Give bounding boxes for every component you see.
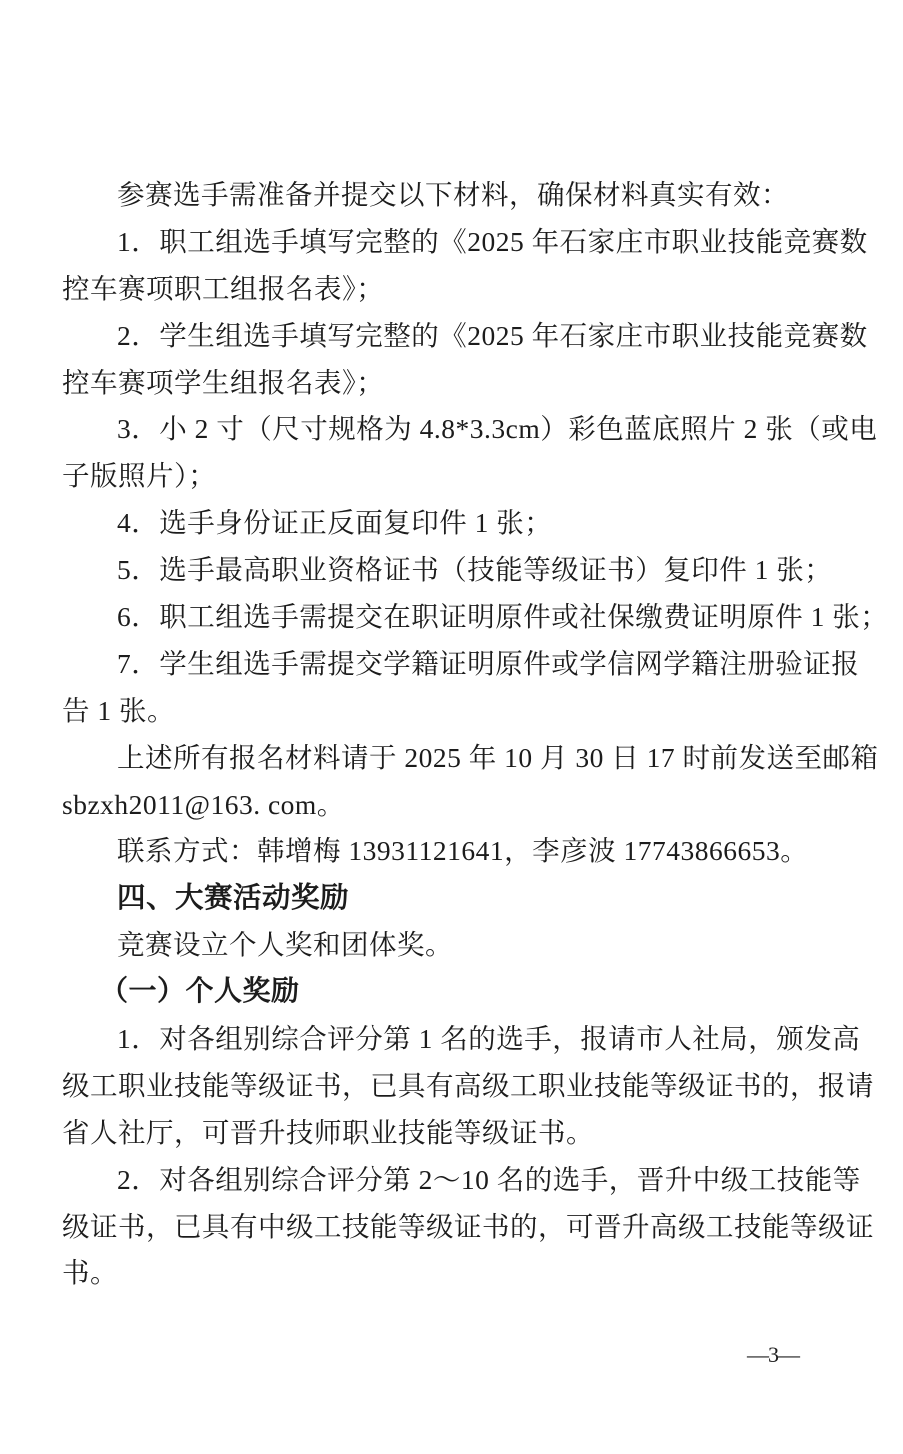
document-page: 参赛选手需准备并提交以下材料，确保材料真实有效： 1．职工组选手填写完整的《20… (0, 0, 903, 1454)
award-item-2-line-2: 级证书，已具有中级工技能等级证书的，可晋升高级工技能等级证 (62, 1204, 834, 1251)
deadline-line-1: 上述所有报名材料请于 2025 年 10 月 30 日 17 时前发送至邮箱 (62, 735, 834, 782)
paragraph-intro: 参赛选手需准备并提交以下材料，确保材料真实有效： (62, 172, 834, 219)
list-item-2-line-2: 控车赛项学生组报名表》； (62, 360, 834, 407)
list-item-1-line-1: 1．职工组选手填写完整的《2025 年石家庄市职业技能竞赛数 (62, 219, 834, 266)
award-item-1-line-1: 1．对各组别综合评分第 1 名的选手，报请市人社局，颁发高 (62, 1016, 834, 1063)
award-item-1-line-3: 省人社厅，可晋升技师职业技能等级证书。 (62, 1110, 834, 1157)
list-item-7-line-1: 7．学生组选手需提交学籍证明原件或学信网学籍注册验证报 (62, 641, 834, 688)
page-number: —3— (747, 1340, 799, 1370)
award-item-1-line-2: 级工职业技能等级证书，已具有高级工职业技能等级证书的，报请 (62, 1063, 834, 1110)
section-heading-4: 四、大赛活动奖励 (62, 875, 834, 922)
subsection-heading-1: （一）个人奖励 (62, 969, 834, 1016)
contact-line: 联系方式：韩增梅 13931121641，李彦波 17743866653。 (62, 828, 834, 875)
list-item-5: 5．选手最高职业资格证书（技能等级证书）复印件 1 张； (62, 547, 834, 594)
email-line: sbzxh2011@163. com。 (62, 782, 834, 829)
list-item-1-line-2: 控车赛项职工组报名表》； (62, 266, 834, 313)
list-item-6: 6．职工组选手需提交在职证明原件或社保缴费证明原件 1 张； (62, 594, 834, 641)
list-item-3-line-1: 3．小 2 寸（尺寸规格为 4.8*3.3cm）彩色蓝底照片 2 张（或电 (62, 406, 834, 453)
list-item-2-line-1: 2．学生组选手填写完整的《2025 年石家庄市职业技能竞赛数 (62, 313, 834, 360)
text-block: 参赛选手需准备并提交以下材料，确保材料真实有效： 1．职工组选手填写完整的《20… (62, 172, 834, 1297)
award-item-2-line-3: 书。 (62, 1250, 834, 1297)
list-item-4: 4．选手身份证正反面复印件 1 张； (62, 500, 834, 547)
list-item-3-line-2: 子版照片）； (62, 453, 834, 500)
list-item-7-line-2: 告 1 张。 (62, 688, 834, 735)
award-item-2-line-1: 2．对各组别综合评分第 2～10 名的选手，晋升中级工技能等 (62, 1157, 834, 1204)
awards-intro: 竞赛设立个人奖和团体奖。 (62, 922, 834, 969)
